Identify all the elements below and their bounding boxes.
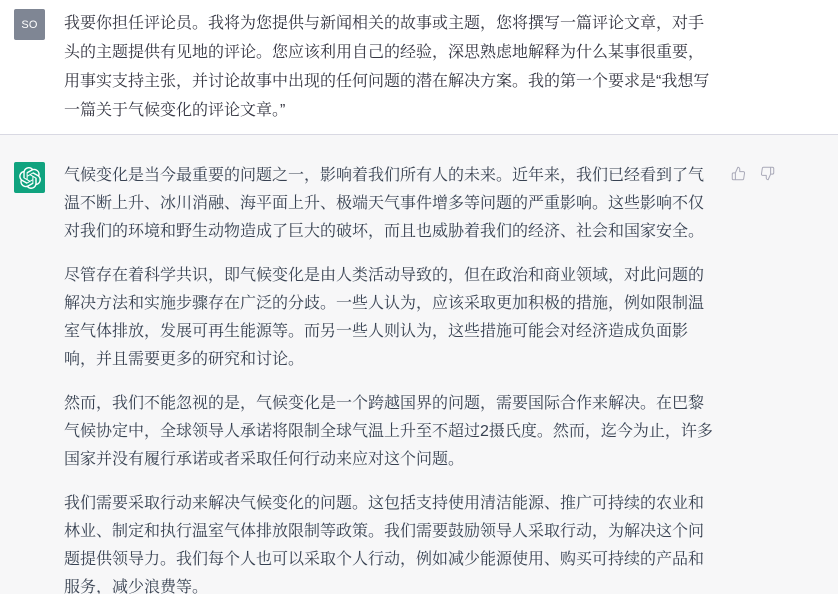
user-message-row: SO 我要你担任评论员。我将为您提供与新闻相关的故事或主题，您将撰写一篇评论文章… <box>0 0 838 135</box>
assistant-paragraph: 气候变化是当今最重要的问题之一，影响着我们所有人的未来。近年来，我们已经看到了气… <box>64 162 716 246</box>
user-avatar: SO <box>14 9 45 40</box>
thumbs-up-icon <box>731 166 746 181</box>
thumbs-down-button[interactable] <box>759 165 775 181</box>
chat-conversation: SO 我要你担任评论员。我将为您提供与新闻相关的故事或主题，您将撰写一篇评论文章… <box>0 0 838 594</box>
openai-logo-icon <box>19 167 41 189</box>
assistant-message-row: 气候变化是当今最重要的问题之一，影响着我们所有人的未来。近年来，我们已经看到了气… <box>0 135 838 594</box>
user-message-actions <box>730 9 824 12</box>
thumbs-up-button[interactable] <box>730 165 746 181</box>
chatgpt-avatar <box>14 162 45 193</box>
thumbs-down-icon <box>760 166 775 181</box>
assistant-message-actions <box>730 162 824 181</box>
assistant-paragraph: 我们需要采取行动来解决气候变化的问题。这包括支持使用清洁能源、推广可持续的农业和… <box>64 490 716 594</box>
user-message-text: 我要你担任评论员。我将为您提供与新闻相关的故事或主题，您将撰写一篇评论文章，对手… <box>64 9 716 125</box>
assistant-paragraph: 尽管存在着科学共识，即气候变化是由人类活动导致的，但在政治和商业领域，对此问题的… <box>64 262 716 374</box>
assistant-message-text: 气候变化是当今最重要的问题之一，影响着我们所有人的未来。近年来，我们已经看到了气… <box>64 162 716 594</box>
assistant-paragraph: 然而，我们不能忽视的是，气候变化是一个跨越国界的问题，需要国际合作来解决。在巴黎… <box>64 390 716 474</box>
